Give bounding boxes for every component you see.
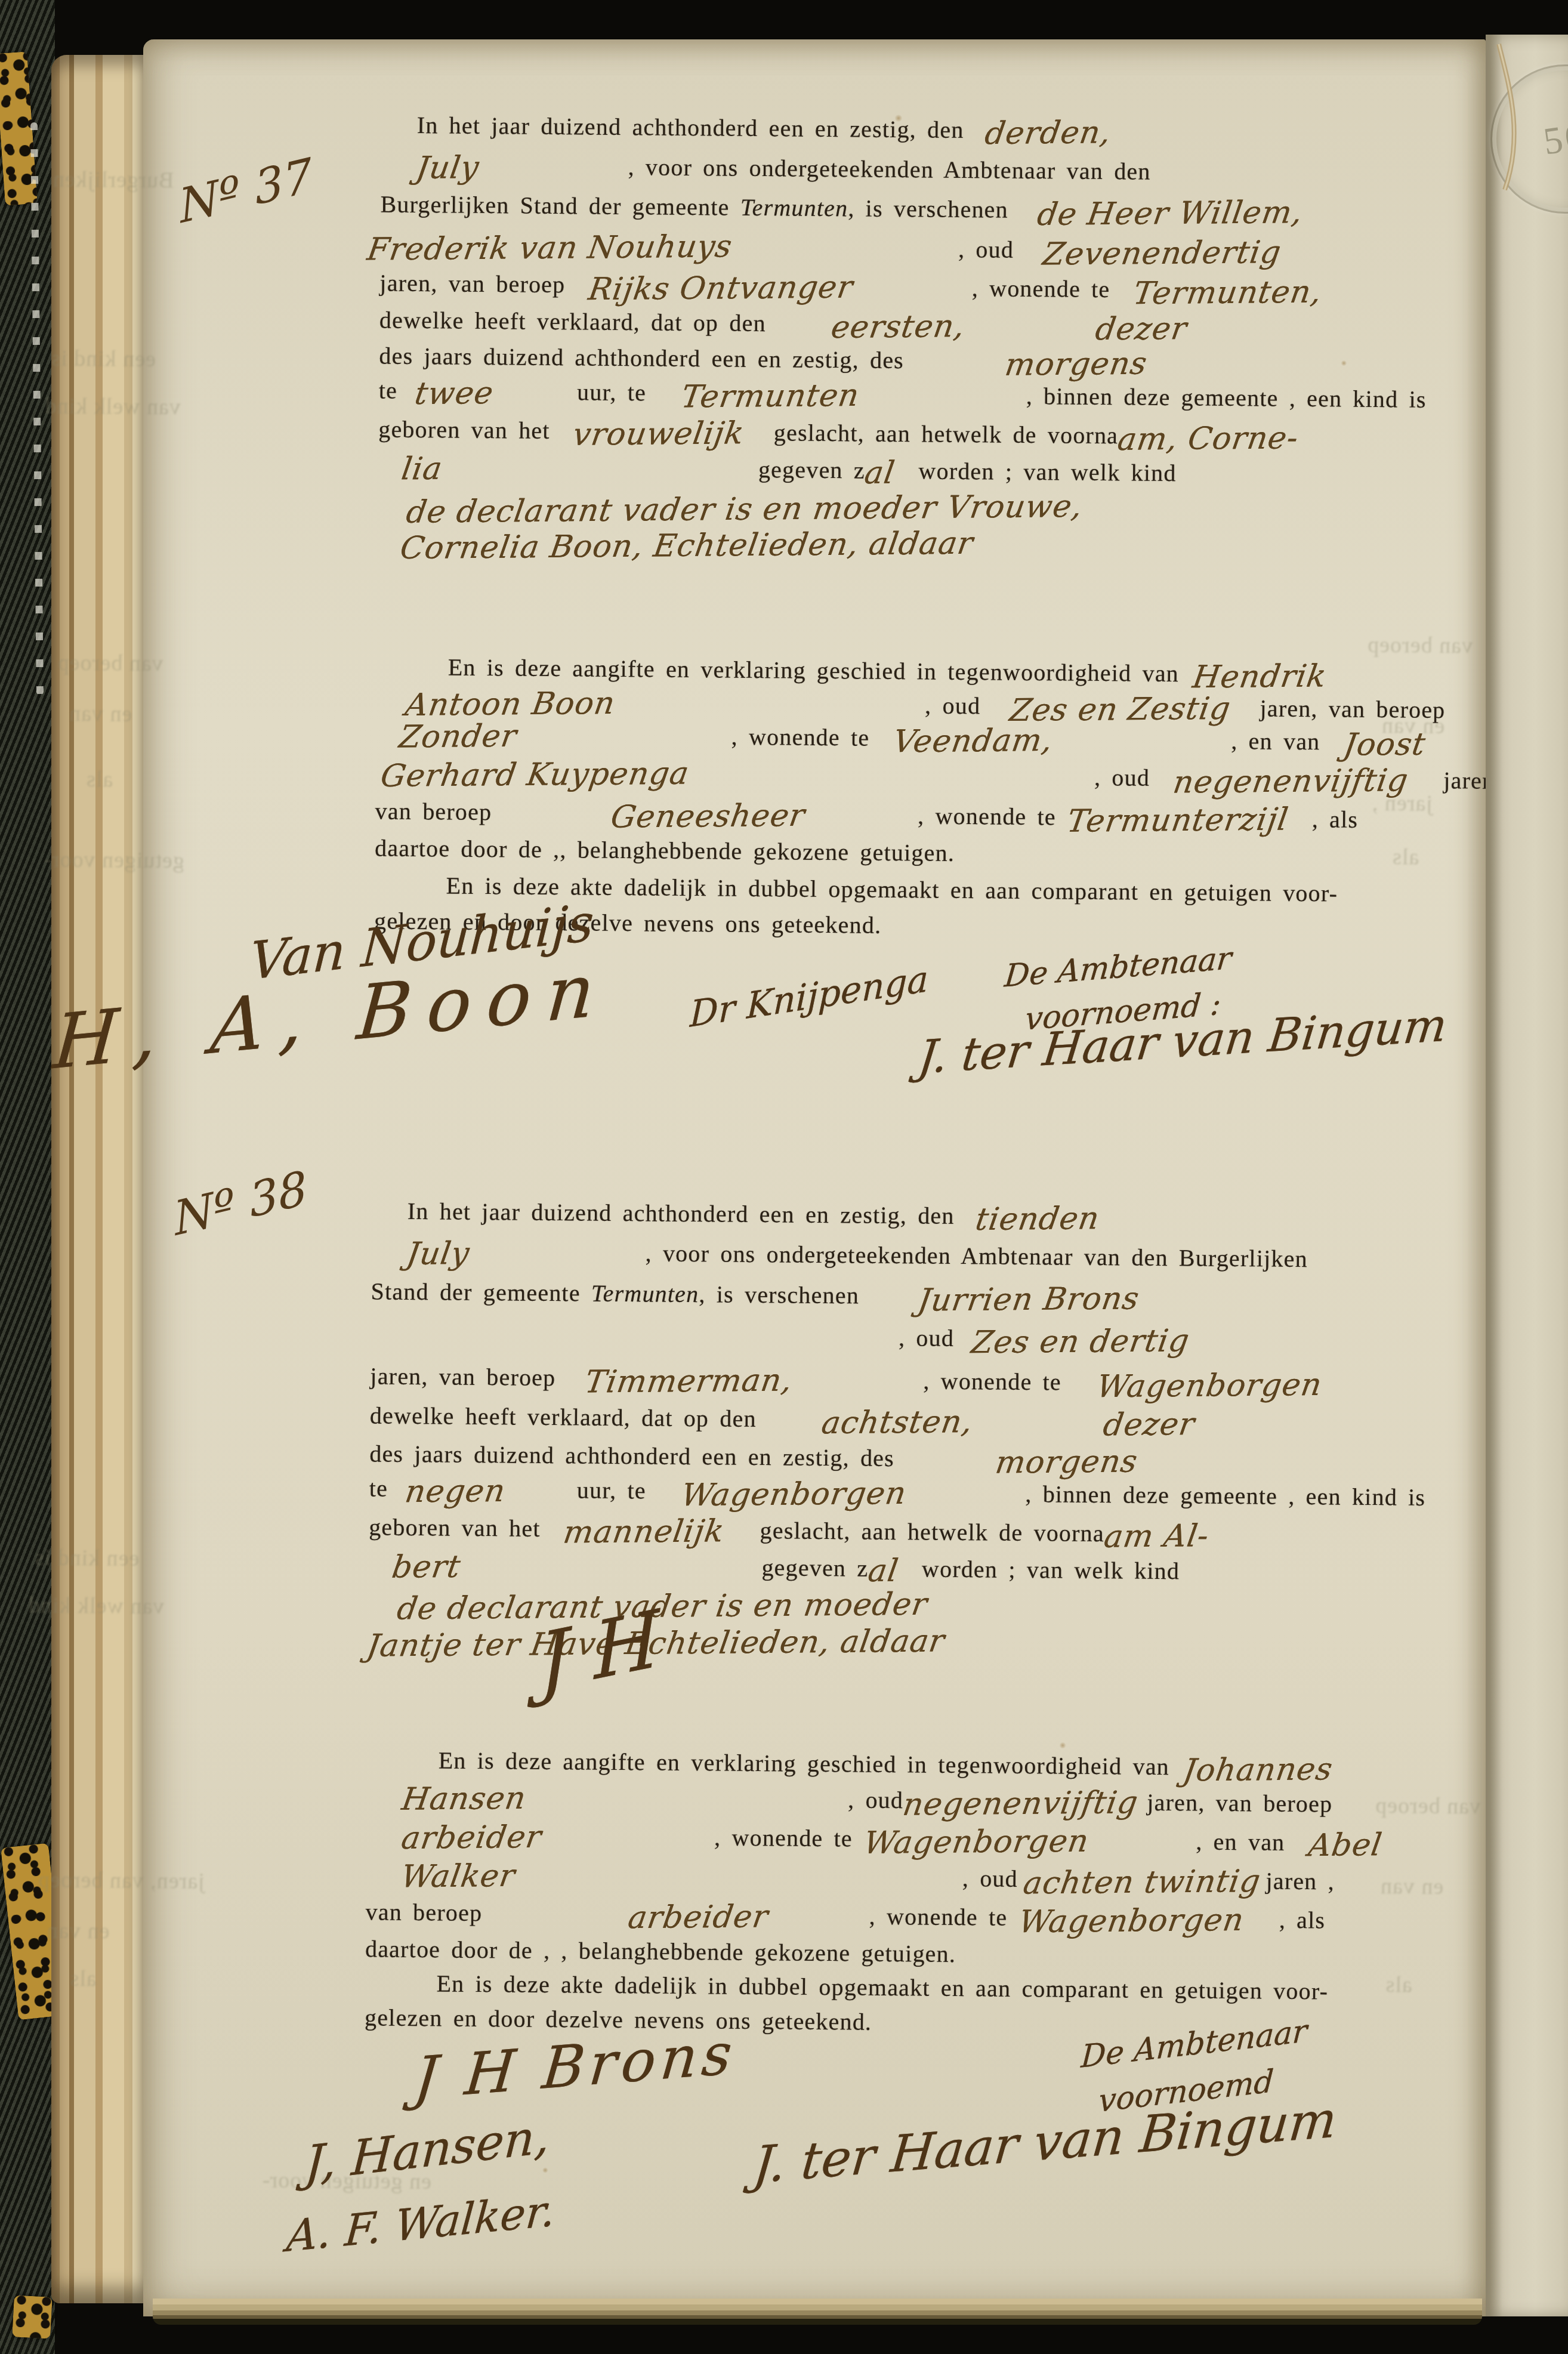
birth-act-37: In het jaar duizend achthonderd een en z… [143,39,1486,51]
printed-text: , oud [899,1324,954,1352]
printed-text: jaren, van beroep [1147,1789,1332,1818]
handwritten-text: Frederik van Nouhuys [365,229,734,267]
act-line: July, voor ons ondergeteekenden Ambtenaa… [416,150,1151,192]
handwritten-text: Cornelia Boon, Echtelieden, aldaar [398,526,976,566]
printed-text: , wonende te [731,723,870,751]
act-number-37: Nº 37 [177,149,315,235]
printed-text: dewelke heeft verklaard, dat op den [379,306,766,337]
handwritten-text: al [866,1554,900,1589]
handwritten-text: Timmerman, [583,1363,795,1400]
act-line: jaren, van beroepTimmerman,, wonende teW… [370,1361,1321,1404]
printed-text: , is verschenen [848,195,1008,223]
printed-text: , oud [962,1865,1018,1892]
printed-text: , voor ons ondergeteekenden Ambtenaar va… [628,153,1150,185]
printed-text: van beroep [375,797,492,825]
handwritten-text: Abel [1306,1828,1384,1863]
bleed-through-text: jaren, van beroep [38,1867,205,1895]
act-line: daartoe door de , , belanghebbende gekoz… [365,1936,956,1967]
handwritten-text: Walker [399,1859,518,1895]
scanned-register-page: { "page": { "stamp_text": "50" }, "acts"… [0,0,1568,2354]
act-line: bertgegeven zalworden ; van welk kind [392,1550,1180,1591]
printed-text: , oud [958,236,1014,263]
handwritten-text: am Al- [1101,1519,1211,1554]
printed-text: En is deze aangifte en verklaring geschi… [448,653,1179,687]
birth-act-38: In het jaar duizend achthonderd een en z… [143,39,1486,51]
printed-text: uur, te [577,378,646,406]
act-number-38: Nº 38 [172,1161,310,1247]
printed-text: , en van [1231,727,1320,755]
printed-text: gegeven z [761,1554,868,1582]
bleed-through-text: getuigen voor- [44,847,184,874]
act-line: de declarant vader is en moeder [398,1587,927,1627]
handwritten-text: Veendam, [891,723,1055,759]
printed-text: worden ; van welk kind [918,457,1176,486]
printed-text: uur, te [577,1476,646,1504]
handwritten-text: twee [413,376,496,411]
fox-spot [1059,1742,1066,1749]
printed-text: geboren van het [369,1513,541,1542]
bleed-through-layer: Burgerlijkeneen kind isvan welk kindvan … [143,39,1486,51]
handwritten-text: de declarant vader is en moeder [395,1587,930,1627]
printed-text: geslacht, aan hetwelk de voorna [760,1517,1104,1547]
printed-text: , wonende te [918,802,1056,830]
handwritten-text: Hendrik [1190,659,1329,695]
handwritten-text: Wagenborgen [1016,1903,1246,1939]
act-line: jaren, van beroepRijks Ontvanger, wonend… [379,268,1322,311]
handwritten-text: negenenvijftig [1171,763,1410,800]
printed-text: Termunten [591,1280,699,1308]
act-line: dewelke heeft verklaard, dat op denachts… [370,1400,1194,1442]
printed-text: En is deze aangifte en verklaring geschi… [439,1747,1169,1780]
handwritten-text: July [414,150,481,186]
handwritten-text: Termunterzijl [1065,803,1291,839]
act-line: , oudZes en dertig [899,1323,1189,1360]
printed-text: geslacht, aan hetwelk de voorna [774,419,1119,449]
bottom-page-edges [153,2299,1482,2325]
printed-text: dewelke heeft verklaard, dat op den [370,1402,757,1432]
printed-text: des jaars duizend achthonderd een en zes… [379,342,904,374]
handwritten-text: Wagenborgen [679,1476,909,1513]
act-line: daartoe door de ,, belanghebbende gekoze… [375,835,955,866]
handwritten-text: bert [390,1550,463,1585]
fox-spot [1341,360,1347,366]
handwritten-text: Hansen [400,1781,529,1817]
printed-text: des jaars duizend achthonderd een en zes… [369,1440,894,1471]
bleed-through-text: en van [69,701,132,727]
handwritten-text: achten twintig [1021,1864,1263,1901]
handwritten-text: arbeider [399,1820,544,1856]
act-line: Cornelia Boon, Echtelieden, aldaar [401,526,973,566]
printed-text: , oud [848,1786,903,1813]
handwritten-text: vrouwelijk [571,416,747,452]
printed-text: geboren van het [378,415,550,444]
handwritten-text: morgens [1002,347,1149,382]
printed-text: gegeven z [758,456,865,484]
printed-text: van beroep [365,1898,482,1926]
handwritten-text: Johannes [1181,1752,1335,1788]
printed-text: te [379,377,398,403]
printed-text: , wonende te [869,1903,1007,1931]
act-line: Frederik van Nouhuys, oudZevenendertig [368,229,1281,272]
bleed-through-text: en van [46,1918,110,1945]
handwritten-text: am, Corne- [1115,421,1301,457]
act-line: tetweeuur, teTermunten, binnen deze geme… [379,375,1427,419]
bleed-through-text: als [69,1966,97,1992]
bleed-through-text: als [1392,844,1419,870]
handwritten-text: tienden [973,1201,1102,1237]
handwritten-text: Zonder [397,719,519,755]
act-line: En is deze aangifte en verklaring geschi… [439,1745,1333,1788]
handwritten-text: de Heer Willem, [1035,195,1305,232]
printed-text: , binnen deze gemeente , een kind is [1025,1480,1425,1511]
printed-text: , als [1312,806,1359,833]
bleed-through-text: van beroep [1375,1793,1481,1820]
handwritten-text: Wagenborgen [862,1824,1091,1861]
act-line: arbeider, wonende teWagenborgen, en vanA… [402,1820,1381,1864]
printed-text: , oud [925,692,980,719]
handwritten-text: dezer [1093,311,1189,347]
handwritten-text: arbeider [625,1899,770,1935]
handwritten-text: al [862,456,897,491]
act-line: geboren van hetmannelijkgeslacht, aan he… [369,1512,1209,1554]
act-line: tenegenuur, teWagenborgen, binnen deze g… [369,1473,1426,1517]
act-line: Gerhard Kuypenga, oudnegenenvijftigjaren… [381,757,1513,801]
handwritten-text: Wagenborgen [1094,1368,1324,1404]
bleed-through-text: van beroep [57,650,163,677]
handwritten-text: Joost [1341,727,1428,763]
printed-text: jaren , [1265,1868,1335,1895]
handwritten-text: derden, [983,115,1113,151]
printed-text: , oud [1094,764,1150,791]
handwritten-text: Gerhard Kuypenga [378,757,692,794]
printed-text: En is deze akte dadelijk in dubbel opgem… [436,1970,1328,2004]
bleed-through-text: als [86,766,113,792]
handwritten-text: Rijks Ontvanger [586,270,855,307]
page-text-area: Burgerlijkeneen kind isvan welk kindvan … [124,39,1486,2328]
handwritten-text: July [405,1236,472,1272]
fox-spot [894,115,903,122]
printed-text: In het jaar duizend achthonderd een en z… [417,112,964,143]
handwritten-text: eersten, [829,309,967,345]
marbled-paper-corner [12,2295,53,2338]
signature: A. F. Walker. [285,2185,557,2262]
act-line: liagegeven zalworden ; van welk kind [402,452,1176,493]
printed-text: , wonende te [923,1367,1061,1395]
handwritten-text: Geneesheer [608,798,807,835]
handwritten-text: de declarant vader is en moeder Vrouwe, [404,489,1085,530]
printed-text: Termunten [740,194,848,222]
handwritten-text: Termunten [679,378,862,415]
binding-thread [1462,33,1568,224]
bleed-through-text: een kind is [35,1545,140,1572]
bleed-through-text: van welk kind [44,393,181,421]
printed-text: , is verschenen [699,1281,859,1309]
printed-text: , voor ons ondergeteekenden Ambtenaar va… [645,1239,1308,1272]
signature: J. ter Haar van Bingum [751,2090,1339,2195]
printed-text: In het jaar duizend achthonderd een en z… [408,1198,955,1229]
printed-text: worden ; van welk kind [922,1555,1180,1584]
printed-text: , en van [1196,1828,1285,1856]
printed-text: te [369,1474,388,1501]
act-line: Stand der gemeente Termunten, is versche… [371,1276,1139,1318]
printed-text: Burgerlijken Stand der gemeente [380,190,740,220]
bleed-through-text: een kind is [51,345,156,373]
act-line: van beroepGeneesheer, wonende teTermunte… [375,796,1358,840]
act-line: In het jaar duizend achthonderd een en z… [416,110,1110,151]
act-line: Walker, oudachten twintigjaren , [402,1859,1335,1902]
printed-text: , als [1279,1906,1326,1934]
act-line: geboren van hetvrouwelijkgeslacht, aan h… [378,414,1298,457]
signature: J H Brons [412,2019,740,2112]
printed-text: jaren, van beroep [1260,695,1445,723]
handwritten-text: Jurrien Brons [916,1281,1142,1318]
signature: Dr Knijpenga [689,958,928,1036]
act-line: dewelke heeft verklaard, dat op deneerst… [379,305,1187,347]
act-line: van beroeparbeider, wonende teWagenborge… [365,1897,1325,1940]
printed-text: Stand der gemeente [371,1278,592,1306]
handwritten-text: Termunten, [1131,275,1325,311]
handwritten-text: dezer [1101,1407,1197,1442]
printed-text: daartoe door de ,, belanghebbende gekoze… [375,834,955,866]
bleed-through-text: als [1385,1972,1412,1998]
printed-text: , binnen deze gemeente , een kind is [1026,382,1427,413]
handwritten-text: achtsten, [819,1405,975,1440]
handwritten-text: morgens [993,1445,1140,1480]
handwritten-text: mannelijk [561,1514,727,1550]
bleed-through-text: van beroep [1367,632,1473,659]
fore-edge-page [1486,35,1568,2316]
register-page: Burgerlijkeneen kind isvan welk kindvan … [143,39,1486,2316]
printed-text: daartoe door de , , belanghebbende gekoz… [365,1935,956,1967]
act-line: Burgerlijken Stand der gemeente Termunte… [380,189,1302,232]
act-line: In het jaar duizend achthonderd een en z… [408,1196,1100,1237]
handwritten-text: lia [399,452,445,487]
handwritten-text: Zes en dertig [969,1323,1192,1360]
bleed-through-text: en van [1380,1873,1444,1900]
act-line: de declarant vader is en moeder Vrouwe, [408,489,1082,530]
handwritten-text: Antoon Boon [403,686,618,723]
fox-spot [542,2167,548,2173]
handwritten-text: negen [403,1474,508,1510]
signature: De Ambtenaar [1003,940,1233,995]
act-line: July, voor ons ondergeteekenden Ambtenaa… [407,1236,1308,1279]
printed-text: , wonende te [972,274,1110,303]
handwritten-text: negenenvijftig [900,1785,1140,1822]
act-line: Hansen, oudnegenenvijftigjaren, van bero… [402,1781,1332,1824]
printed-text: , wonende te [714,1824,853,1852]
bleed-through-text: Burgerlijken [53,166,174,194]
act-line: En is deze akte dadelijk in dubbel opgem… [436,1970,1328,2005]
handwritten-text: Zevenendertig [1041,235,1283,272]
printed-text: jaren, van beroep [370,1362,555,1391]
bleed-through-text: van welk kind [28,1592,165,1619]
printed-text: jaren, van beroep [379,269,565,298]
fox-spot [656,784,661,789]
